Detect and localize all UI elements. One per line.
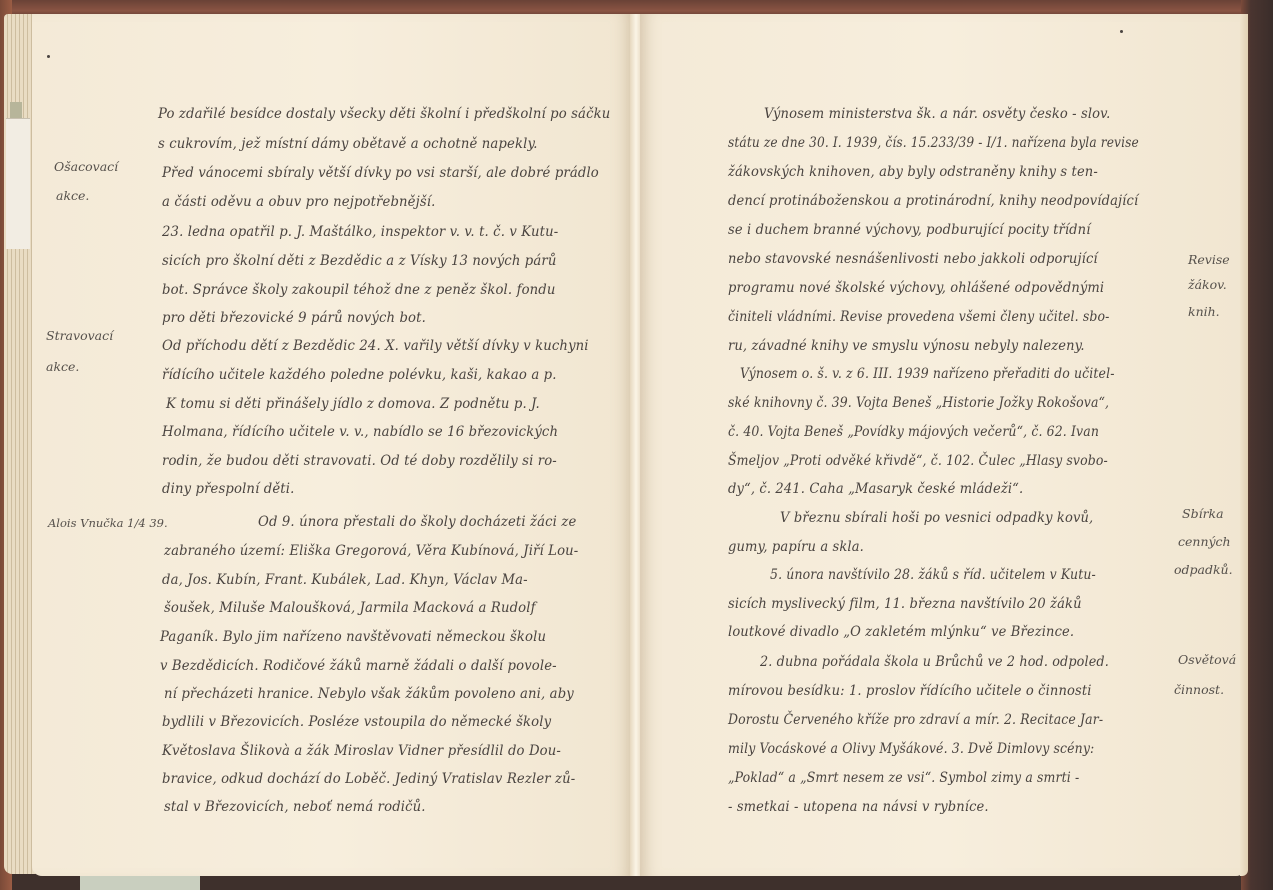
- text-line: 23. ledna opatřil p. J. Maštálko, inspek…: [162, 224, 558, 240]
- text-line: dy“, č. 241. Caha „Masaryk české mládeži…: [728, 481, 1023, 497]
- text-line: dencí protináboženskou a protinárodní, k…: [728, 193, 1138, 209]
- text-line: programu nové školské výchovy, ohlášené …: [728, 280, 1104, 296]
- text-line: bydlili v Březovicích. Posléze vstoupila…: [162, 714, 551, 730]
- text-line: - smetkai - utopena na návsi v rybníce.: [728, 799, 989, 815]
- text-line: a části oděvu a obuv pro nejpotřebnější.: [162, 194, 435, 210]
- right-page: Výnosem ministerstva šk. a nár. osvěty č…: [640, 14, 1246, 876]
- text-line: č. 40. Vojta Beneš „Povídky májových več…: [728, 424, 1099, 440]
- text-line: Výnosem ministerstva šk. a nár. osvěty č…: [764, 106, 1110, 122]
- text-line: Po zdařilé besídce dostaly všecky děti š…: [158, 106, 610, 122]
- text-line: Výnosem o. š. v. z 6. III. 1939 nařízeno…: [740, 366, 1115, 382]
- text-line: v Bezdědicích. Rodičové žáků marně žádal…: [160, 658, 557, 674]
- text-line: da, Jos. Kubín, Frant. Kubálek, Lad. Khy…: [162, 572, 528, 588]
- ink-dot: [47, 55, 50, 58]
- text-line: mírovou besídku: 1. proslov řídícího uči…: [728, 683, 1092, 699]
- text-line: Před vánocemi sbíraly větší dívky po vsi…: [162, 165, 599, 181]
- text-line: rodin, že budou děti stravovati. Od té d…: [162, 453, 557, 469]
- text-line: gumy, papíru a skla.: [728, 539, 864, 555]
- ink-dot: [1120, 30, 1123, 33]
- margin-note-revise-2: žákov.: [1188, 277, 1227, 292]
- margin-note-revise-1: Revise: [1188, 252, 1230, 267]
- text-line: žákovských knihoven, aby byly odstraněny…: [728, 164, 1098, 180]
- text-line: 5. února navštívilo 28. žáků s říd. učit…: [770, 567, 1096, 583]
- underlying-paper: [80, 875, 200, 890]
- margin-note-revise-3: knih.: [1188, 304, 1220, 319]
- text-line: V březnu sbírali hoši po vesnici odpadky…: [780, 510, 1093, 526]
- text-line: činiteli vládními. Revise provedena všem…: [728, 309, 1110, 325]
- text-line: ní přecházeti hranice. Nebylo však žákům…: [164, 686, 574, 702]
- text-line: ru, závadné knihy ve smyslu výnosu nebyl…: [728, 338, 1085, 354]
- text-line: 2. dubna pořádala škola u Brůchů ve 2 ho…: [760, 654, 1109, 670]
- text-line: zabraného území: Eliška Gregorová, Věra …: [164, 543, 578, 559]
- text-line: bravice, odkud dochází do Loběč. Jediný …: [162, 771, 575, 787]
- margin-note-osvetova-2: činnost.: [1174, 682, 1224, 697]
- text-line: Šmeljov „Proti odvěké křivdě“, č. 102. Č…: [728, 453, 1108, 469]
- margin-note-stravovaci-2: akce.: [46, 359, 79, 374]
- text-line: loutkové divadlo „O zakletém mlýnku“ ve …: [728, 624, 1074, 640]
- text-line: pro děti březovické 9 párů nových bot.: [162, 310, 426, 326]
- text-line: ské knihovny č. 39. Vojta Beneš „Histori…: [728, 395, 1109, 411]
- bookmark-tab: [10, 102, 22, 118]
- text-line: Od příchodu dětí z Bezdědic 24. X. vařil…: [162, 338, 589, 354]
- text-line: Paganík. Bylo jim nařízeno navštěvovati …: [160, 629, 546, 645]
- margin-note-osvetova-1: Osvětová: [1178, 652, 1236, 667]
- text-line: bot. Správce školy zakoupil téhož dne z …: [162, 282, 556, 298]
- text-line: šoušek, Miluše Maloušková, Jarmila Macko…: [164, 600, 536, 616]
- signature-note: Alois Vnučka 1/4 39.: [48, 516, 168, 530]
- text-line: sicích pro školní děti z Bezdědic a z Ví…: [162, 253, 556, 269]
- left-page: Ošacovací akce. Stravovací akce. Alois V…: [32, 14, 632, 876]
- margin-note-osacovaci-2: akce.: [56, 188, 89, 203]
- text-line: Dorostu Červeného kříže pro zdraví a mír…: [728, 712, 1103, 728]
- text-line: mily Vocáskové a Olivy Myšákové. 3. Dvě …: [728, 741, 1094, 757]
- text-line: K tomu si děti přinášely jídlo z domova.…: [166, 396, 540, 412]
- margin-note-stravovaci-1: Stravovací: [46, 328, 113, 343]
- inserted-paper-slip: [6, 118, 30, 249]
- text-line: Holmana, řídícího učitele v. v., nabídlo…: [162, 424, 558, 440]
- margin-note-sbirka-2: cenných: [1178, 534, 1231, 549]
- text-line: Květoslava Šlikovà a žák Miroslav Vidner…: [162, 743, 561, 759]
- text-line: nebo stavovské nesnášenlivosti nebo jakk…: [728, 251, 1098, 267]
- text-line: s cukrovím, jež místní dámy obětavě a oc…: [158, 136, 538, 152]
- margin-note-sbirka-3: odpadků.: [1174, 562, 1233, 577]
- margin-note-sbirka-1: Sbírka: [1182, 506, 1224, 521]
- margin-note-osacovaci-1: Ošacovací: [54, 159, 118, 174]
- page-stack-edge-right: [1240, 14, 1248, 876]
- text-line: „Poklad“ a „Smrt nesem ze vsi“. Symbol z…: [728, 770, 1079, 786]
- text-line: řídícího učitele každého poledne polévku…: [162, 367, 557, 383]
- text-line: státu ze dne 30. I. 1939, čís. 15.233/39…: [728, 135, 1139, 151]
- text-line: stal v Březovicích, neboť nemá rodičů.: [164, 799, 426, 815]
- text-line: se i duchem branné výchovy, podburující …: [728, 222, 1091, 238]
- text-line: Od 9. února přestali do školy docházeti …: [258, 514, 576, 530]
- text-line: sicích myslivecký film, 11. března navšt…: [728, 596, 1082, 612]
- text-line: diny přespolní děti.: [162, 481, 294, 497]
